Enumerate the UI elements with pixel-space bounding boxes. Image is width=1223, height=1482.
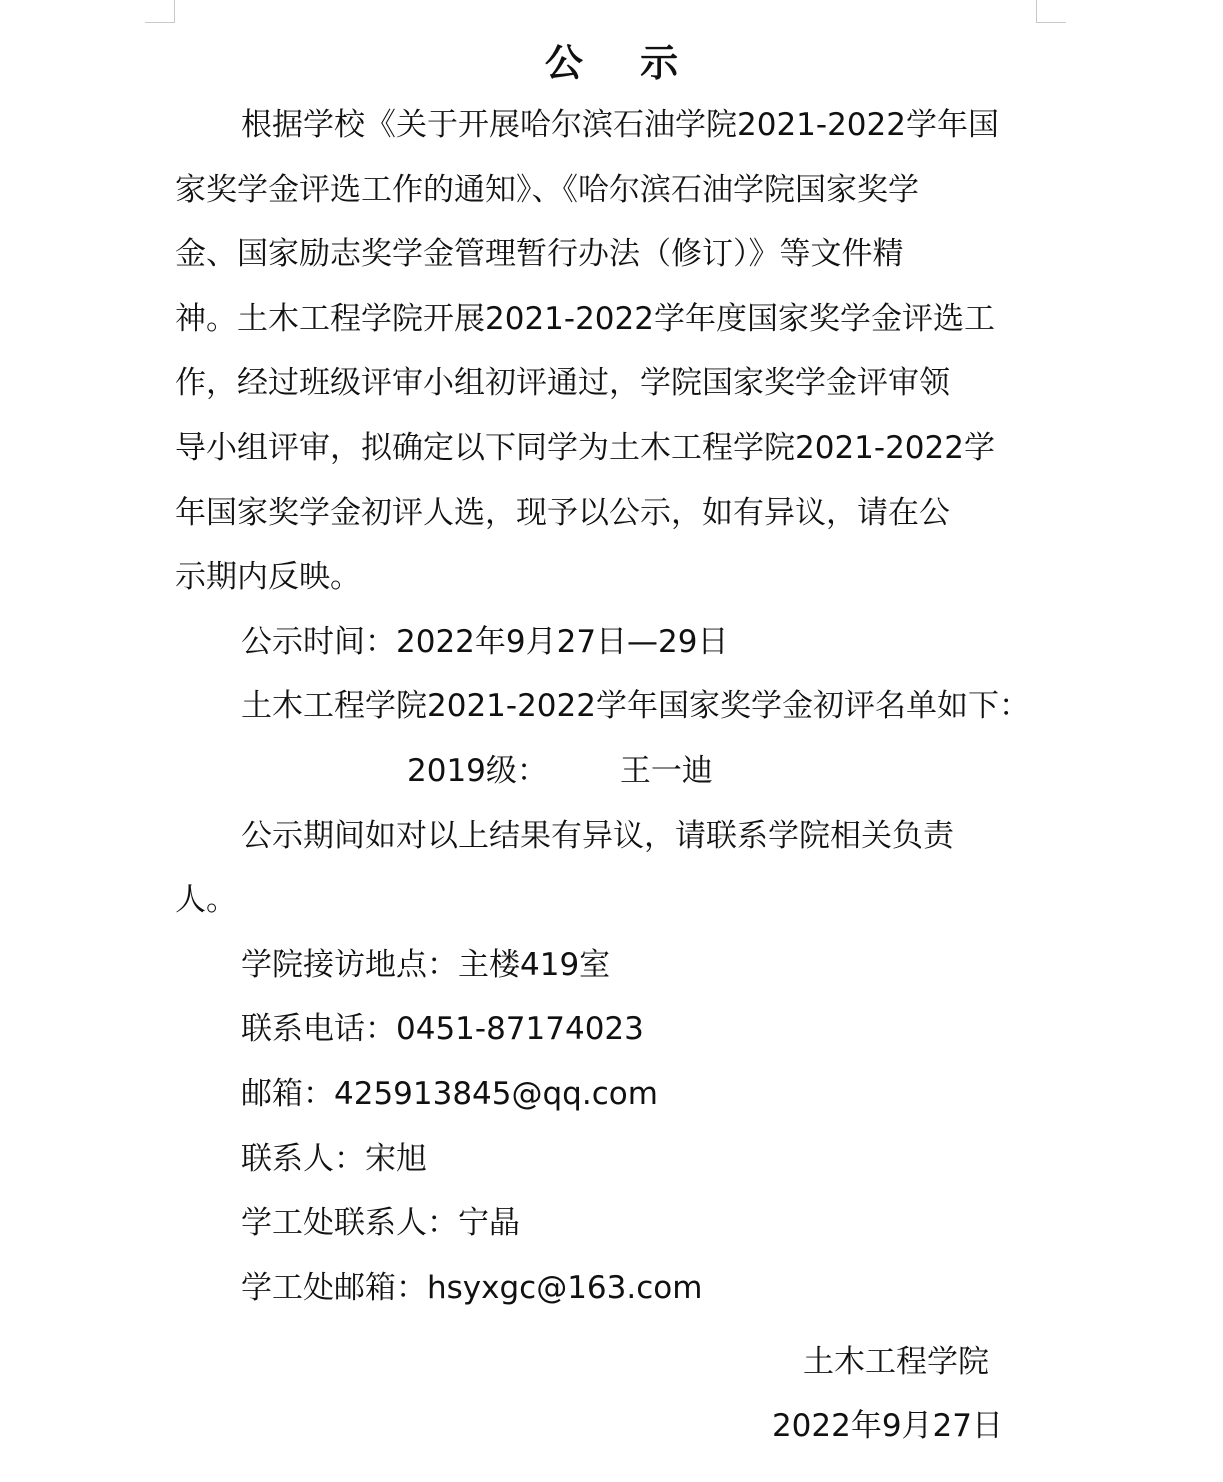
objection-paragraph: 公示期间如对以上结果有异议，请联系学院相关负责 人。 [175,804,1037,933]
intro-paragraph: 根据学校《关于开展哈尔滨石油学院2021-2022学年国 家奖学金评选工作的通知… [175,93,1037,610]
contact-value: hsyxgc@163.com [427,1270,702,1306]
publicity-period: 公示时间：2022年9月27日—29日 [175,610,1037,675]
contact-phone: 联系电话：0451-87174023 [175,997,1037,1062]
contact-label: 邮箱： [241,1076,334,1112]
intro-line: 示期内反映。 [175,545,1037,610]
signature-block: 土木工程学院 2022年9月27日 [772,1330,1003,1458]
contact-location: 学院接访地点：主楼419室 [175,933,1037,998]
intro-line: 神。土木工程学院开展2021-2022学年度国家奖学金评选工 [175,287,1037,352]
contact-label: 学工处邮箱： [241,1270,427,1306]
contact-value: 宋旭 [365,1141,427,1177]
contact-value: 宁晶 [458,1205,520,1241]
document-body: 根据学校《关于开展哈尔滨石油学院2021-2022学年国 家奖学金评选工作的通知… [175,93,1037,1320]
signature-organization: 土木工程学院 [772,1330,1003,1394]
contact-label: 联系人： [241,1141,365,1177]
intro-line: 家奖学金评选工作的通知》、《哈尔滨石油学院国家奖学 [175,158,1037,223]
page-corner-mark-right [1036,0,1066,23]
intro-line: 导小组评审，拟确定以下同学为土木工程学院2021-2022学 [175,416,1037,481]
student-affairs-contact: 学工处联系人：宁晶 [175,1191,1037,1256]
page-corner-mark-left [145,0,175,23]
contact-value: 425913845@qq.com [334,1076,658,1112]
objection-line: 公示期间如对以上结果有异议，请联系学院相关负责 [175,804,1037,869]
intro-line: 作，经过班级评审小组初评通过，学院国家奖学金评审领 [175,351,1037,416]
list-heading: 土木工程学院2021-2022学年国家奖学金初评名单如下： [175,674,1037,739]
intro-line: 金、国家励志奖学金管理暂行办法（修订）》等文件精 [175,222,1037,287]
intro-line: 根据学校《关于开展哈尔滨石油学院2021-2022学年国 [175,93,1037,158]
signature-date: 2022年9月27日 [772,1394,1003,1458]
contact-email: 邮箱：425913845@qq.com [175,1062,1037,1127]
contact-label: 学工处联系人： [241,1205,458,1241]
intro-line: 年国家奖学金初评人选，现予以公示，如有异议，请在公 [175,481,1037,546]
nominee-grade: 2019级： [407,753,548,789]
contact-label: 学院接访地点： [241,947,458,983]
document-title: 公 示 [0,32,1223,87]
contact-value: 主楼419室 [458,947,610,983]
student-affairs-email: 学工处邮箱：hsyxgc@163.com [175,1256,1037,1321]
nominee-name: 王一迪 [620,753,713,789]
contact-label: 联系电话： [241,1011,396,1047]
objection-line: 人。 [175,868,1037,933]
contact-value: 0451-87174023 [396,1011,644,1047]
contact-person: 联系人：宋旭 [175,1127,1037,1192]
nominee-row: 2019级：王一迪 [175,739,1037,804]
